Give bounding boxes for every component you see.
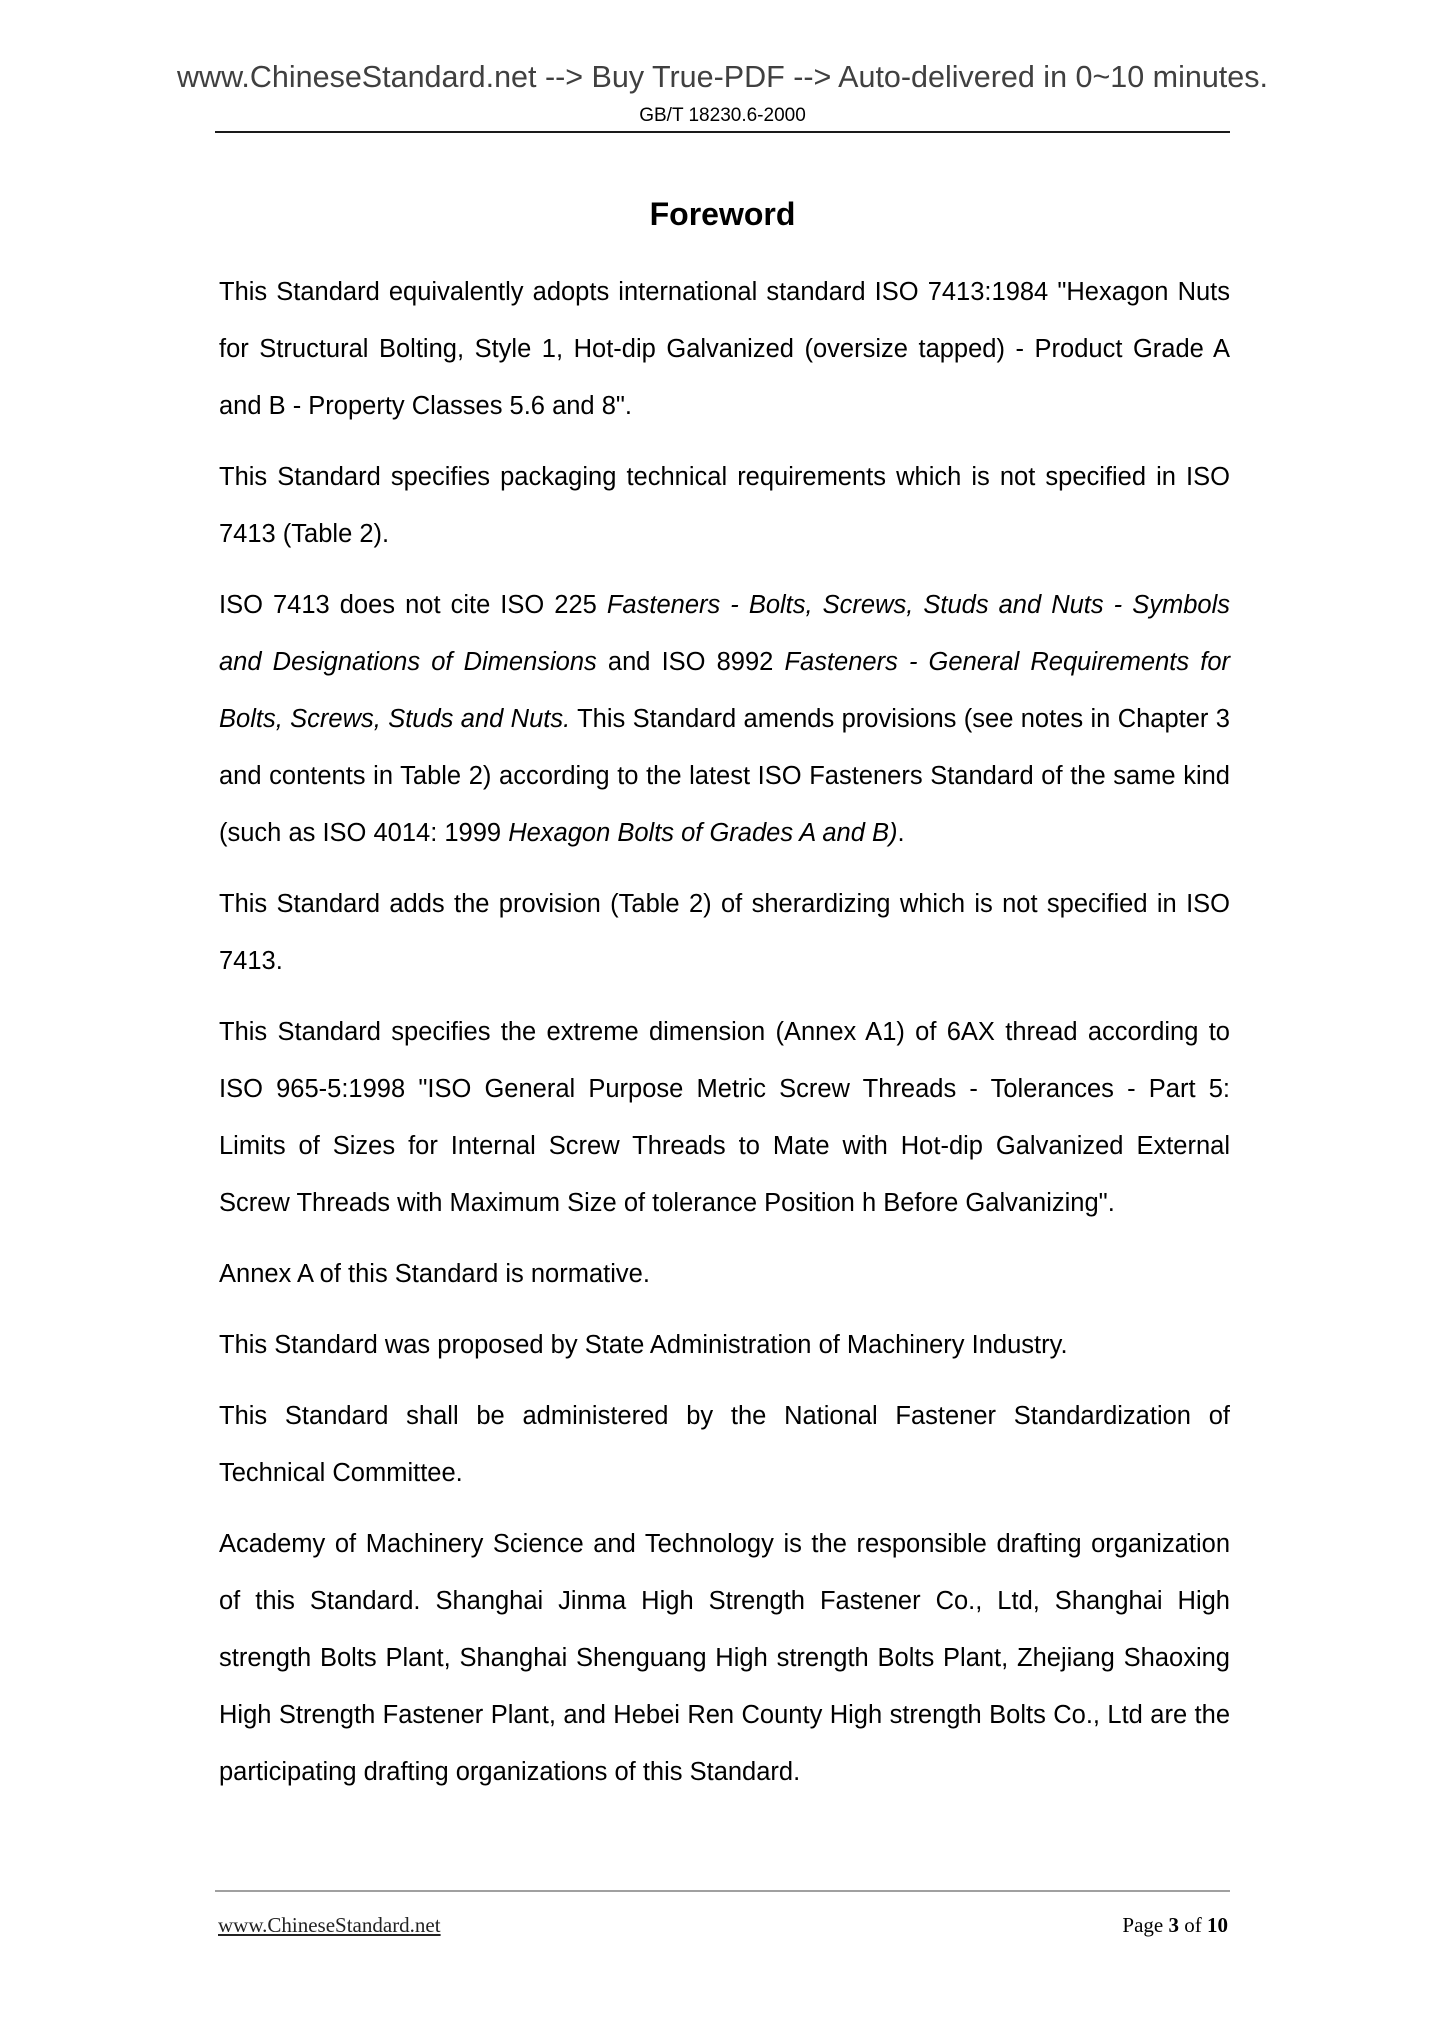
promo-banner: www.ChineseStandard.net --> Buy True-PDF…: [0, 58, 1445, 96]
text-run: Annex A of this Standard is normative.: [219, 1260, 650, 1288]
paragraph: This Standard equivalently adopts intern…: [219, 264, 1230, 435]
paragraph: This Standard shall be administered by t…: [219, 1388, 1230, 1502]
total-pages: 10: [1207, 1913, 1228, 1937]
current-page: 3: [1169, 1913, 1180, 1937]
italic-title-run: Hexagon Bolts of Grades A and B): [508, 819, 897, 847]
text-run: This Standard equivalently adopts intern…: [219, 278, 1230, 420]
page-number: Page 3 of 10: [1122, 1910, 1228, 1940]
page-footer: www.ChineseStandard.net Page 3 of 10: [218, 1910, 1228, 1940]
text-run: This Standard shall be administered by t…: [219, 1402, 1230, 1487]
standard-code: GB/T 18230.6-2000: [0, 103, 1445, 129]
text-run: .: [898, 819, 905, 847]
paragraph: This Standard adds the provision (Table …: [219, 876, 1230, 990]
page-label: Page: [1122, 1913, 1163, 1937]
footer-site-link[interactable]: www.ChineseStandard.net: [218, 1910, 441, 1940]
paragraph: Annex A of this Standard is normative.: [219, 1246, 1230, 1303]
paragraph: ISO 7413 does not cite ISO 225 Fasteners…: [219, 577, 1230, 862]
header-divider: [215, 131, 1230, 133]
paragraph: This Standard specifies packaging techni…: [219, 449, 1230, 563]
text-run: and ISO 8992: [597, 648, 785, 676]
text-run: This Standard specifies packaging techni…: [219, 463, 1230, 548]
paragraph: This Standard specifies the extreme dime…: [219, 1004, 1230, 1232]
text-run: Academy of Machinery Science and Technol…: [219, 1530, 1230, 1786]
paragraph: This Standard was proposed by State Admi…: [219, 1317, 1230, 1374]
foreword-body: This Standard equivalently adopts intern…: [219, 264, 1230, 1815]
footer-divider: [215, 1890, 1230, 1892]
paragraph: Academy of Machinery Science and Technol…: [219, 1516, 1230, 1801]
text-run: This Standard was proposed by State Admi…: [219, 1331, 1068, 1359]
text-run: ISO 7413 does not cite ISO 225: [219, 591, 607, 619]
text-run: This Standard adds the provision (Table …: [219, 890, 1230, 975]
page-title: Foreword: [0, 194, 1445, 234]
text-run: This Standard specifies the extreme dime…: [219, 1018, 1230, 1217]
of-label: of: [1184, 1913, 1202, 1937]
